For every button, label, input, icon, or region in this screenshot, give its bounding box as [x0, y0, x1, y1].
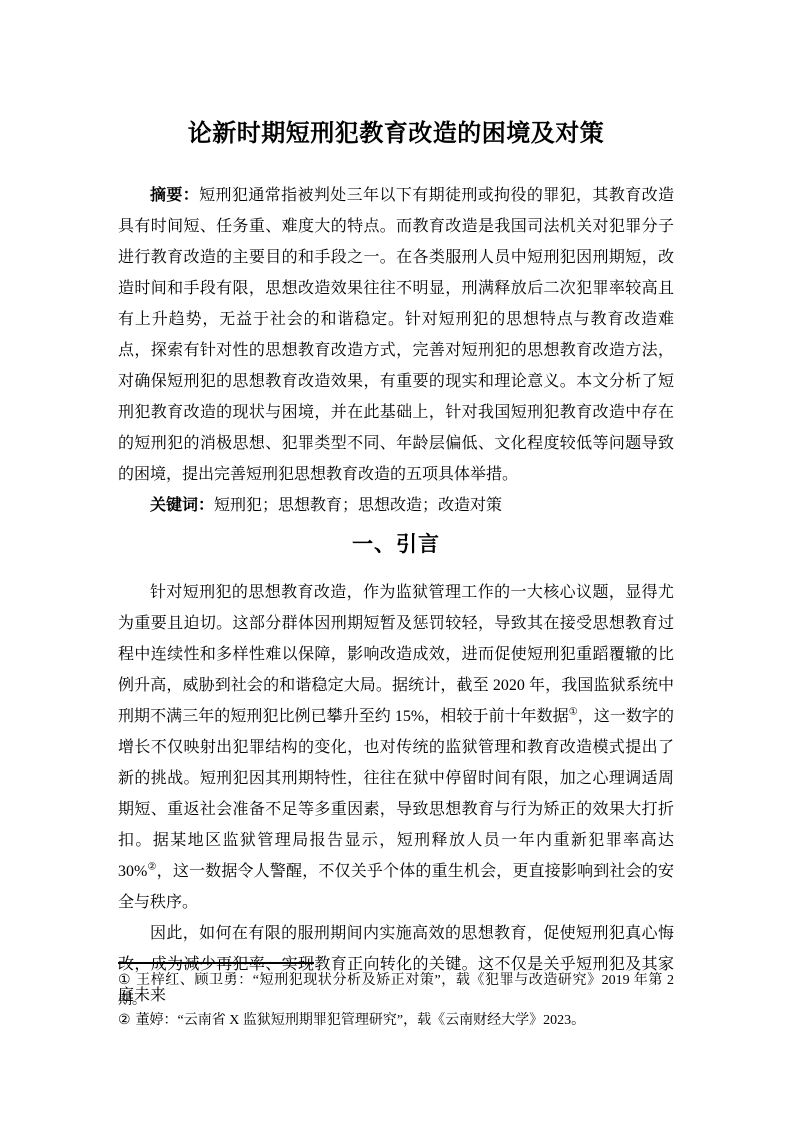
abstract-paragraph: 摘要：短刑犯通常指被判处三年以下有期徒刑或拘役的罪犯，其教育改造具有时间短、任务… [118, 180, 674, 490]
footnote-item: ①王梓红、顾卫勇：“短刑犯现状分析及矫正对策”，载《犯罪与改造研究》2019 年… [118, 971, 674, 1011]
footnote-ref-1: ① [569, 707, 578, 718]
keywords-text: 短刑犯；思想教育；思想改造；改造对策 [214, 497, 502, 514]
paper-title: 论新时期短刑犯教育改造的困境及对策 [118, 116, 674, 152]
footnote-mark-1: ① [118, 973, 131, 988]
introduction-paragraph-1: 针对短刑犯的思想教育改造，作为监狱管理工作的一大核心议题，显得尤为重要且迫切。这… [118, 577, 674, 918]
intro-para1-text-a: 针对短刑犯的思想教育改造，作为监狱管理工作的一大核心议题，显得尤为重要且迫切。这… [118, 584, 674, 725]
intro-para1-text-c: ，这一数据令人警醒，不仅关乎个体的重生机会，更直接影响到社会的安全与秩序。 [118, 863, 674, 911]
document-page: 论新时期短刑犯教育改造的困境及对策 摘要：短刑犯通常指被判处三年以下有期徒刑或拘… [0, 0, 793, 1122]
footnote-mark-2: ② [118, 1013, 131, 1028]
footnote-separator [118, 962, 314, 964]
intro-para1-text-b: ，这一数字的增长不仅映射出犯罪结构的变化，也对传统的监狱管理和教育改造模式提出了… [118, 708, 674, 880]
footnote-text-1: 王梓红、顾卫勇：“短刑犯现状分析及矫正对策”，载《犯罪与改造研究》2019 年第… [118, 973, 674, 1008]
footnote-item: ②董婷：“云南省 X 监狱短刑期罪犯管理研究”，载《云南财经大学》2023。 [118, 1011, 674, 1031]
keywords-label: 关键词： [150, 497, 214, 514]
footnote-ref-2: ② [147, 862, 156, 873]
abstract-label: 摘要： [150, 187, 199, 204]
keywords-line: 关键词：短刑犯；思想教育；思想改造；改造对策 [118, 490, 674, 521]
footnotes-block: ①王梓红、顾卫勇：“短刑犯现状分析及矫正对策”，载《犯罪与改造研究》2019 年… [118, 962, 674, 1031]
section-heading-introduction: 一、引言 [118, 530, 674, 560]
abstract-text: 短刑犯通常指被判处三年以下有期徒刑或拘役的罪犯，其教育改造具有时间短、任务重、难… [118, 187, 674, 483]
footnote-text-2: 董婷：“云南省 X 监狱短刑期罪犯管理研究”，载《云南财经大学》2023。 [136, 1013, 586, 1028]
